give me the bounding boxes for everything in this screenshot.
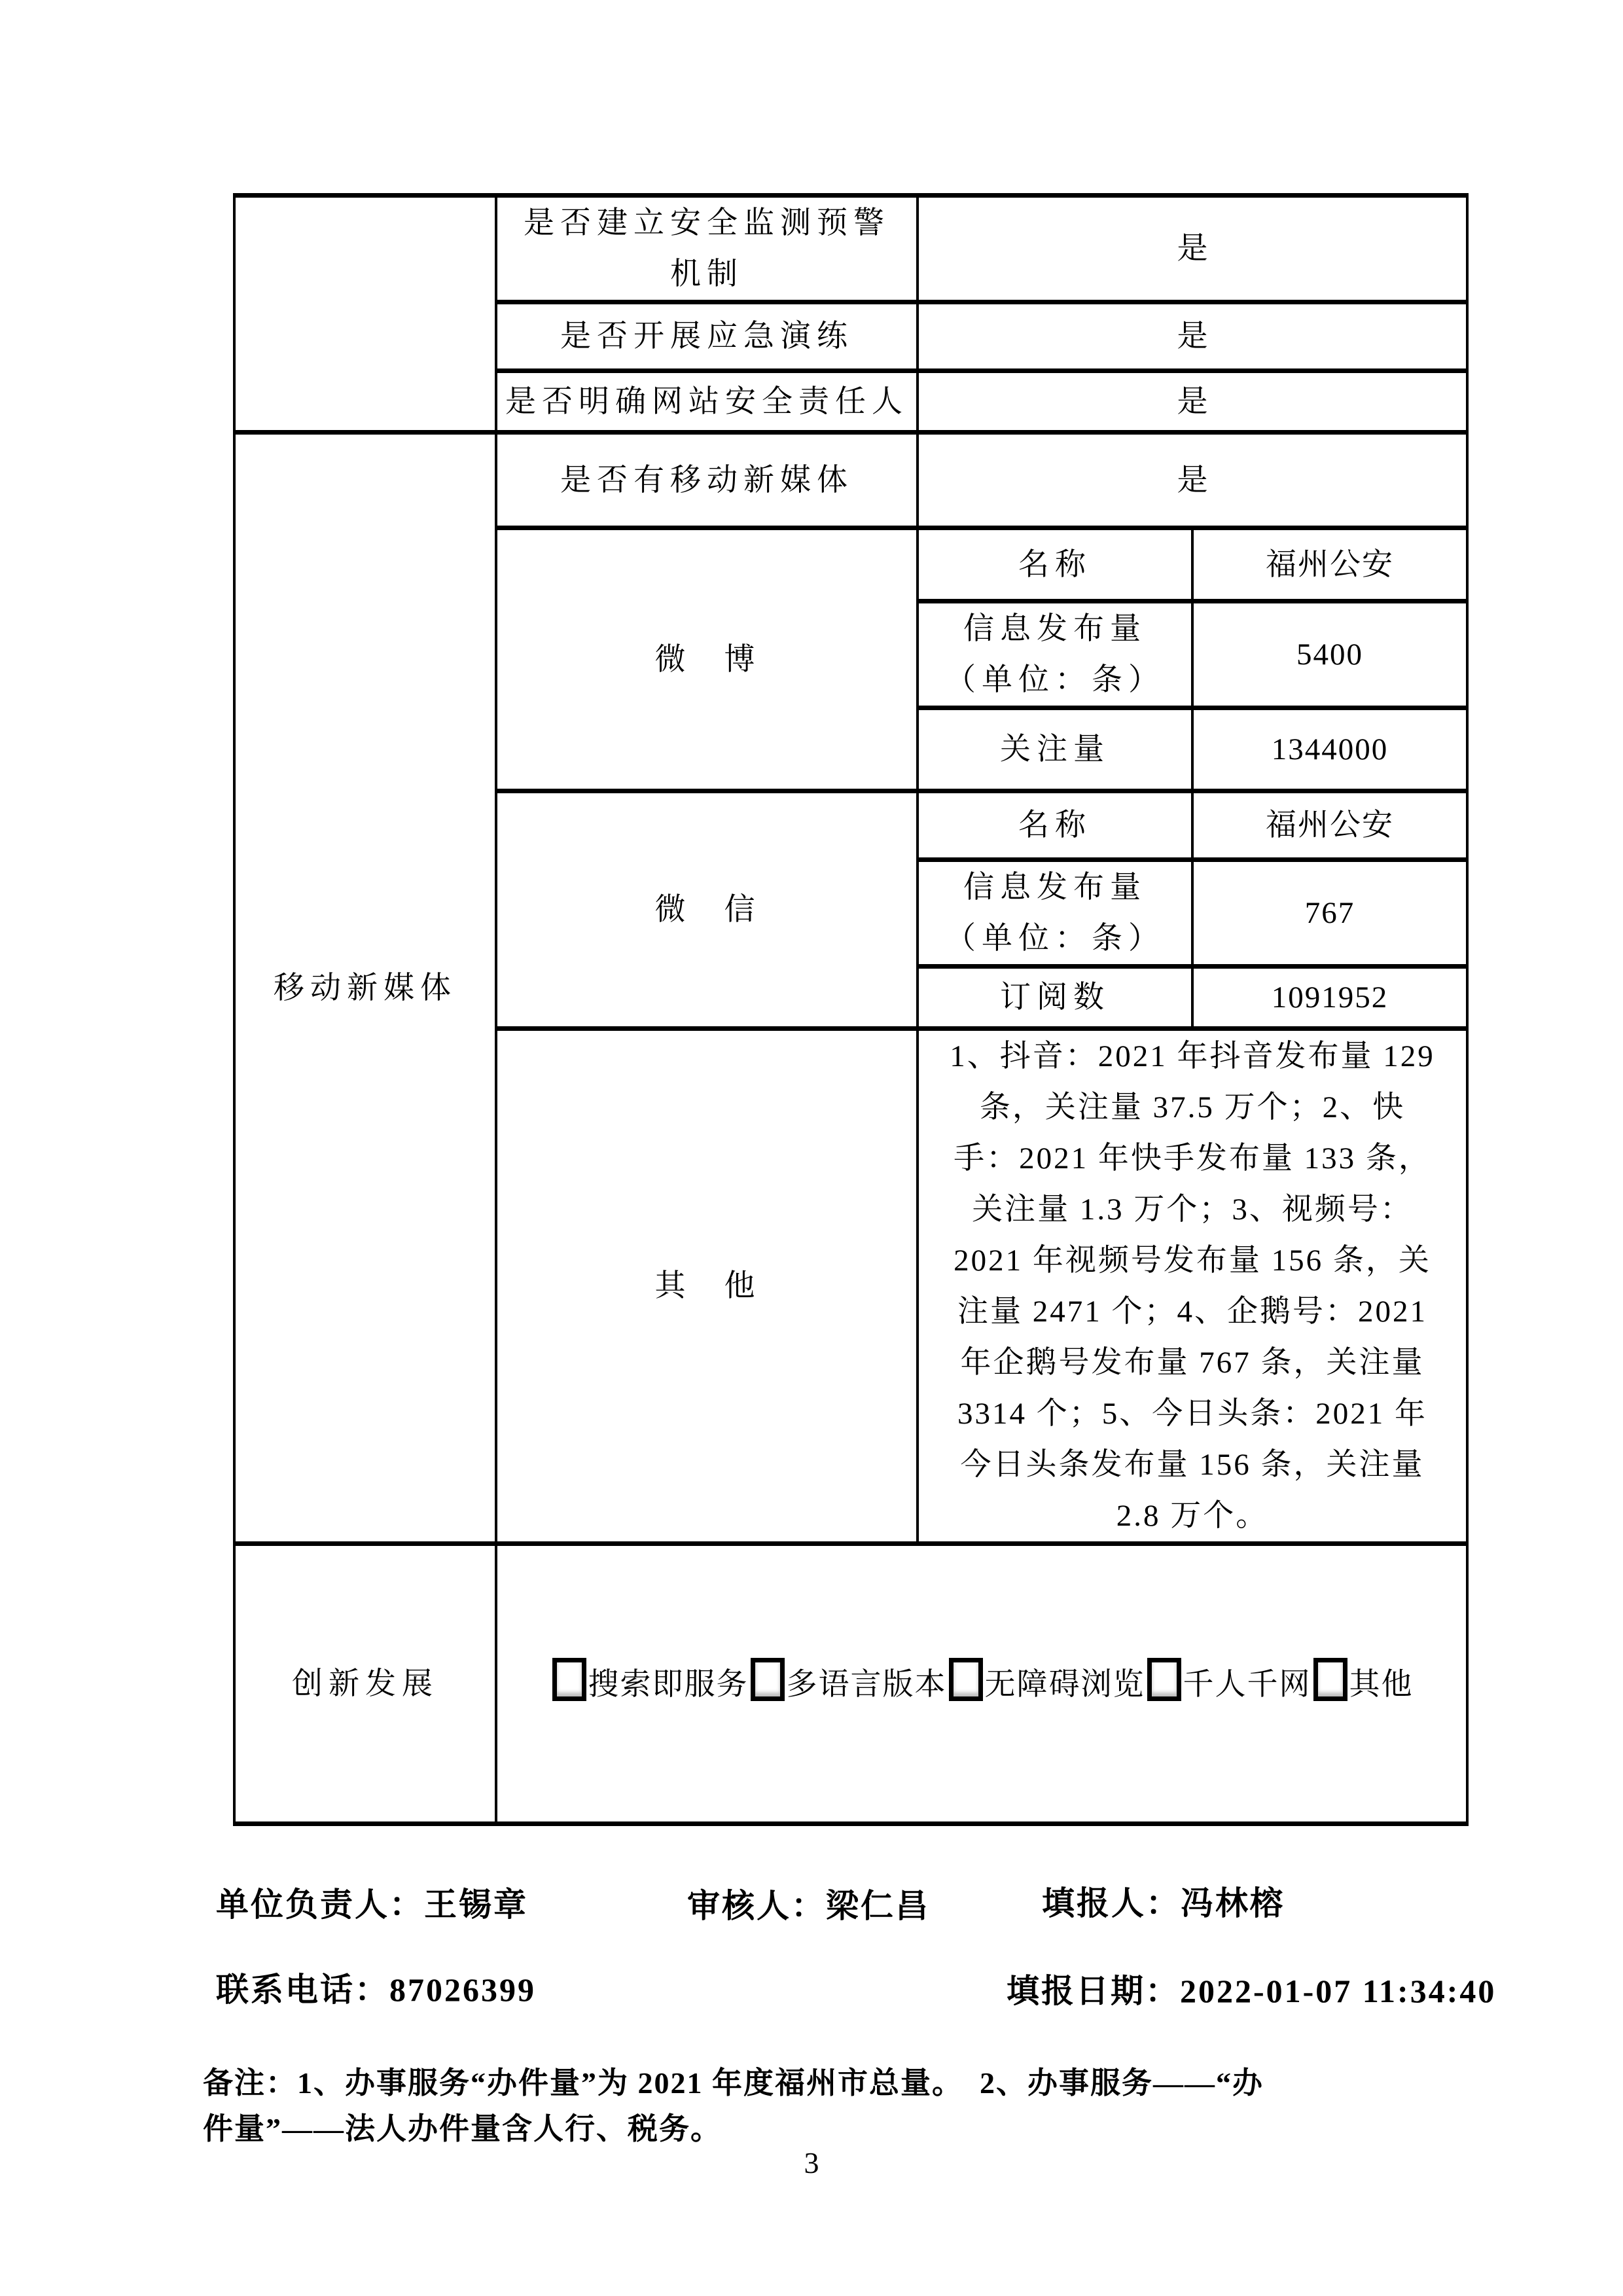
report-date: 填报日期：2022-01-07 11:34:40 [1007, 1965, 1496, 2012]
checkbox-icon [552, 1658, 586, 1701]
responsible-person: 单位负责人：王锡章 [216, 1878, 528, 1926]
innovation-option-label: 多语言版本 [787, 1668, 947, 1702]
innovation-option-label: 搜索即服务 [588, 1668, 749, 1702]
checkbox-icon [1147, 1658, 1181, 1701]
report-table: 是否建立安全监测预警 机制 是 是否开展应急演练 是 是否明确网站安全责任人 是… [233, 193, 1469, 1826]
innovation-option-label: 无障碍浏览 [985, 1668, 1145, 1702]
document-page: 是否建立安全监测预警 机制 是 是否开展应急演练 是 是否明确网站安全责任人 是… [0, 0, 1623, 2296]
question-has-mobile-media: 是否有移动新媒体 [496, 433, 918, 528]
question-monitor-warning: 是否建立安全监测预警 机制 [496, 196, 918, 302]
checkbox-icon [751, 1658, 785, 1701]
weibo-posts-label: 信息发布量 （单位：条） [918, 601, 1192, 708]
weibo-followers-value: 1344000 [1192, 708, 1467, 791]
group-label-weibo: 微 博 [496, 528, 918, 791]
page-number: 3 [0, 2145, 1623, 2180]
innovation-option-label: 其他 [1349, 1668, 1414, 1702]
innovation-option-label: 千人千网 [1183, 1668, 1311, 1702]
checkbox-icon [1313, 1658, 1347, 1701]
wechat-name-value: 福州公安 [1192, 791, 1467, 860]
other-platforms-text: 1、抖音：2021 年抖音发布量 129 条，关注量 37.5 万个；2、快 手… [918, 1029, 1467, 1544]
contact-phone: 联系电话：87026399 [216, 1964, 536, 2011]
table-row: 是否建立安全监测预警 机制 是 [234, 196, 1467, 302]
answer-monitor-warning: 是 [918, 196, 1467, 302]
wechat-subscribers-value: 1091952 [1192, 967, 1467, 1029]
table-row: 移动新媒体 是否有移动新媒体 是 [234, 433, 1467, 528]
answer-emergency-drill: 是 [918, 302, 1467, 371]
checkbox-icon [949, 1658, 983, 1701]
wechat-posts-label: 信息发布量 （单位：条） [918, 860, 1192, 967]
weibo-followers-label: 关注量 [918, 708, 1192, 791]
weibo-name-value: 福州公安 [1192, 528, 1467, 601]
question-emergency-drill: 是否开展应急演练 [496, 302, 918, 371]
group-label-wechat: 微 信 [496, 791, 918, 1029]
section-label-mobile-media: 移动新媒体 [234, 433, 496, 1544]
group-label-other: 其 他 [496, 1029, 918, 1544]
weibo-name-label: 名称 [918, 528, 1192, 601]
innovation-options-cell: 搜索即服务多语言版本无障碍浏览千人千网其他 [496, 1544, 1467, 1824]
filler-person: 填报人：冯林榕 [1042, 1877, 1285, 1924]
weibo-posts-value: 5400 [1192, 601, 1467, 708]
answer-has-mobile-media: 是 [918, 433, 1467, 528]
remark-note: 备注：1、办事服务“办件量”为 2021 年度福州市总量。 2、办事服务——“办… [203, 2060, 1433, 2152]
wechat-subscribers-label: 订阅数 [918, 967, 1192, 1029]
table-row: 创新发展 搜索即服务多语言版本无障碍浏览千人千网其他 [234, 1544, 1467, 1824]
answer-security-owner: 是 [918, 371, 1467, 433]
section-label-innovation: 创新发展 [234, 1544, 496, 1824]
section-cell-empty [234, 196, 496, 433]
auditor-person: 审核人：梁仁昌 [687, 1880, 930, 1927]
question-security-owner: 是否明确网站安全责任人 [496, 371, 918, 433]
wechat-posts-value: 767 [1192, 860, 1467, 967]
wechat-name-label: 名称 [918, 791, 1192, 860]
